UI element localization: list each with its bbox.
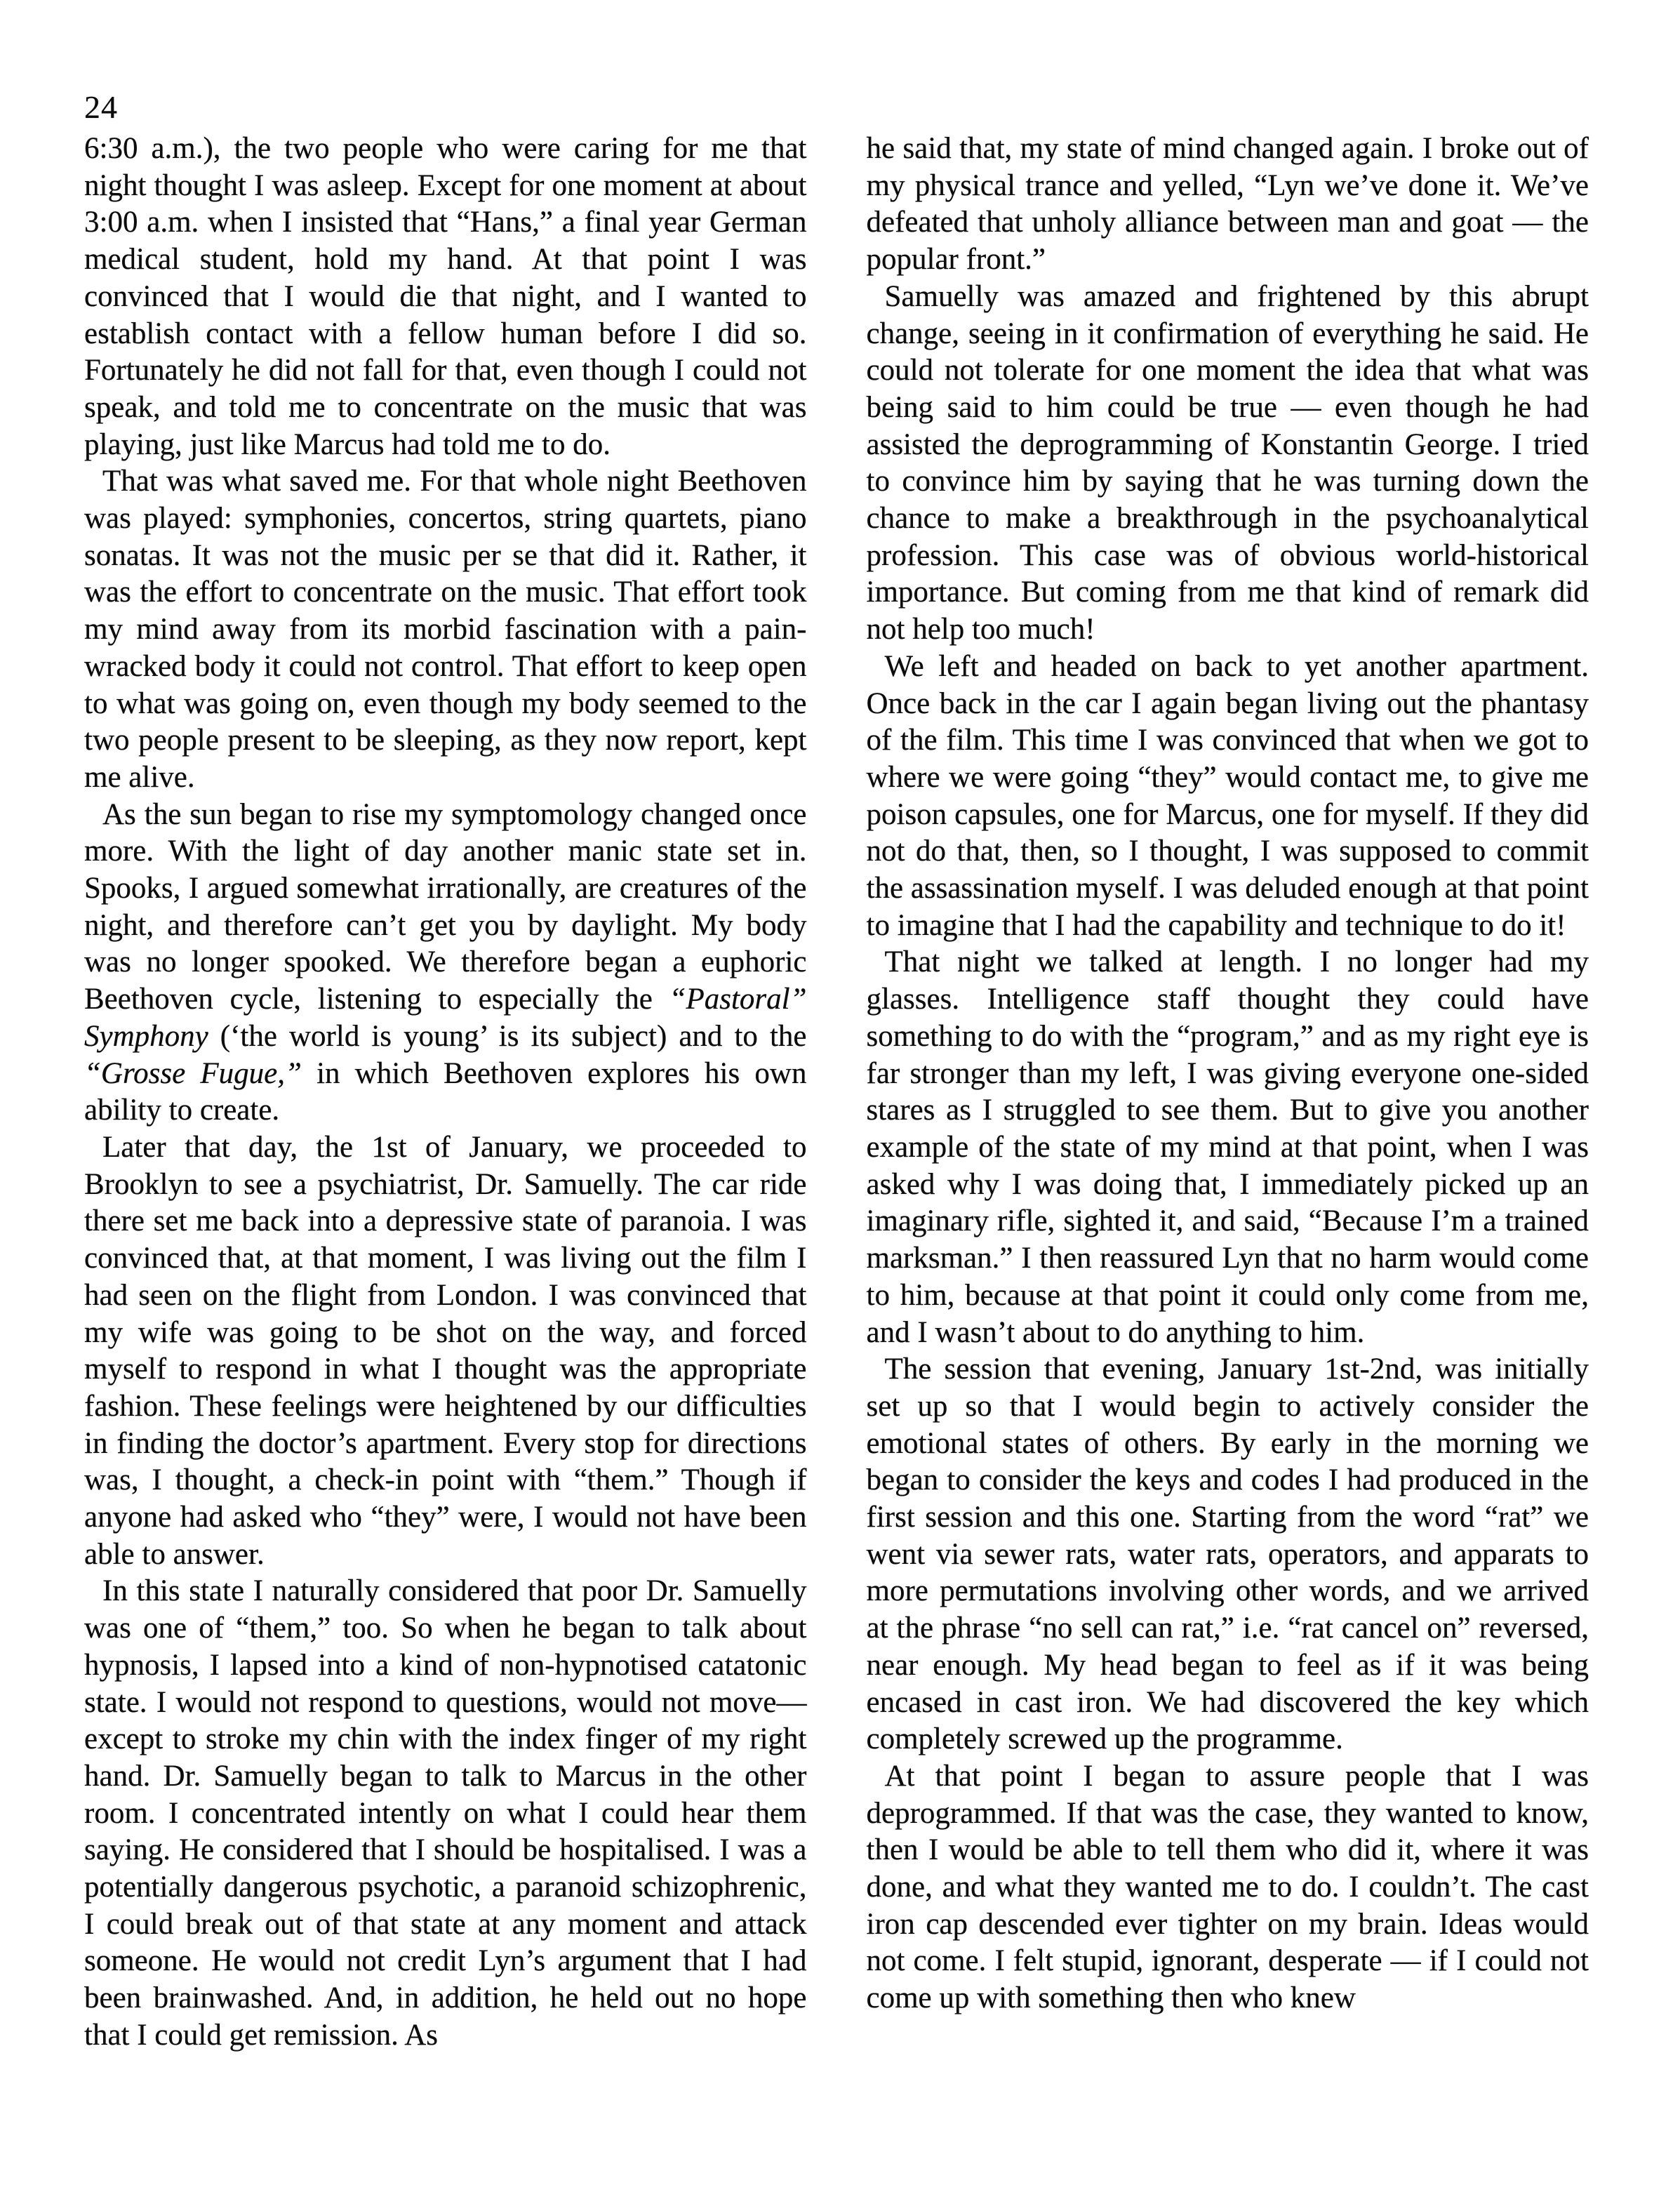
text-run: The session that evening, January 1st-2n… [867, 1353, 1589, 1755]
book-page: 24 6:30 a.m.), the two people who were c… [0, 0, 1680, 2211]
paragraph: In this state I naturally considered tha… [84, 1573, 807, 2054]
text-run: In this state I naturally considered tha… [84, 1574, 807, 2051]
text-columns: 6:30 a.m.), the two people who were cari… [84, 131, 1589, 2054]
text-run: he said that, my state of mind changed a… [867, 132, 1589, 276]
text-run: At that point I began to assure people t… [867, 1760, 1589, 2014]
paragraph: Later that day, the 1st of January, we p… [84, 1129, 807, 1573]
paragraph: As the sun began to rise my symptomology… [84, 797, 807, 1129]
paragraph: We left and headed on back to yet anothe… [867, 649, 1589, 945]
text-run: That night we talked at length. I no lon… [867, 945, 1589, 1348]
text-column-left: 6:30 a.m.), the two people who were cari… [84, 131, 807, 2054]
text-run: Samuelly was amazed and frightened by th… [867, 280, 1589, 646]
text-run: That was what saved me. For that whole n… [84, 465, 807, 794]
paragraph: The session that evening, January 1st-2n… [867, 1351, 1589, 1758]
paragraph: At that point I began to assure people t… [867, 1758, 1589, 2017]
text-column-right: he said that, my state of mind changed a… [867, 131, 1589, 2054]
paragraph: Samuelly was amazed and frightened by th… [867, 279, 1589, 649]
paragraph: That was what saved me. For that whole n… [84, 463, 807, 796]
text-run: Later that day, the 1st of January, we p… [84, 1131, 807, 1571]
text-run: We left and headed on back to yet anothe… [867, 650, 1589, 942]
italic-text-run: “Grosse Fugue,” [84, 1057, 302, 1090]
paragraph: he said that, my state of mind changed a… [867, 131, 1589, 279]
page-number: 24 [84, 88, 118, 126]
text-run: (‘the world is young’ is its subject) an… [208, 1020, 807, 1053]
text-run: 6:30 a.m.), the two people who were cari… [84, 132, 807, 461]
paragraph: 6:30 a.m.), the two people who were cari… [84, 131, 807, 463]
paragraph: That night we talked at length. I no lon… [867, 944, 1589, 1351]
